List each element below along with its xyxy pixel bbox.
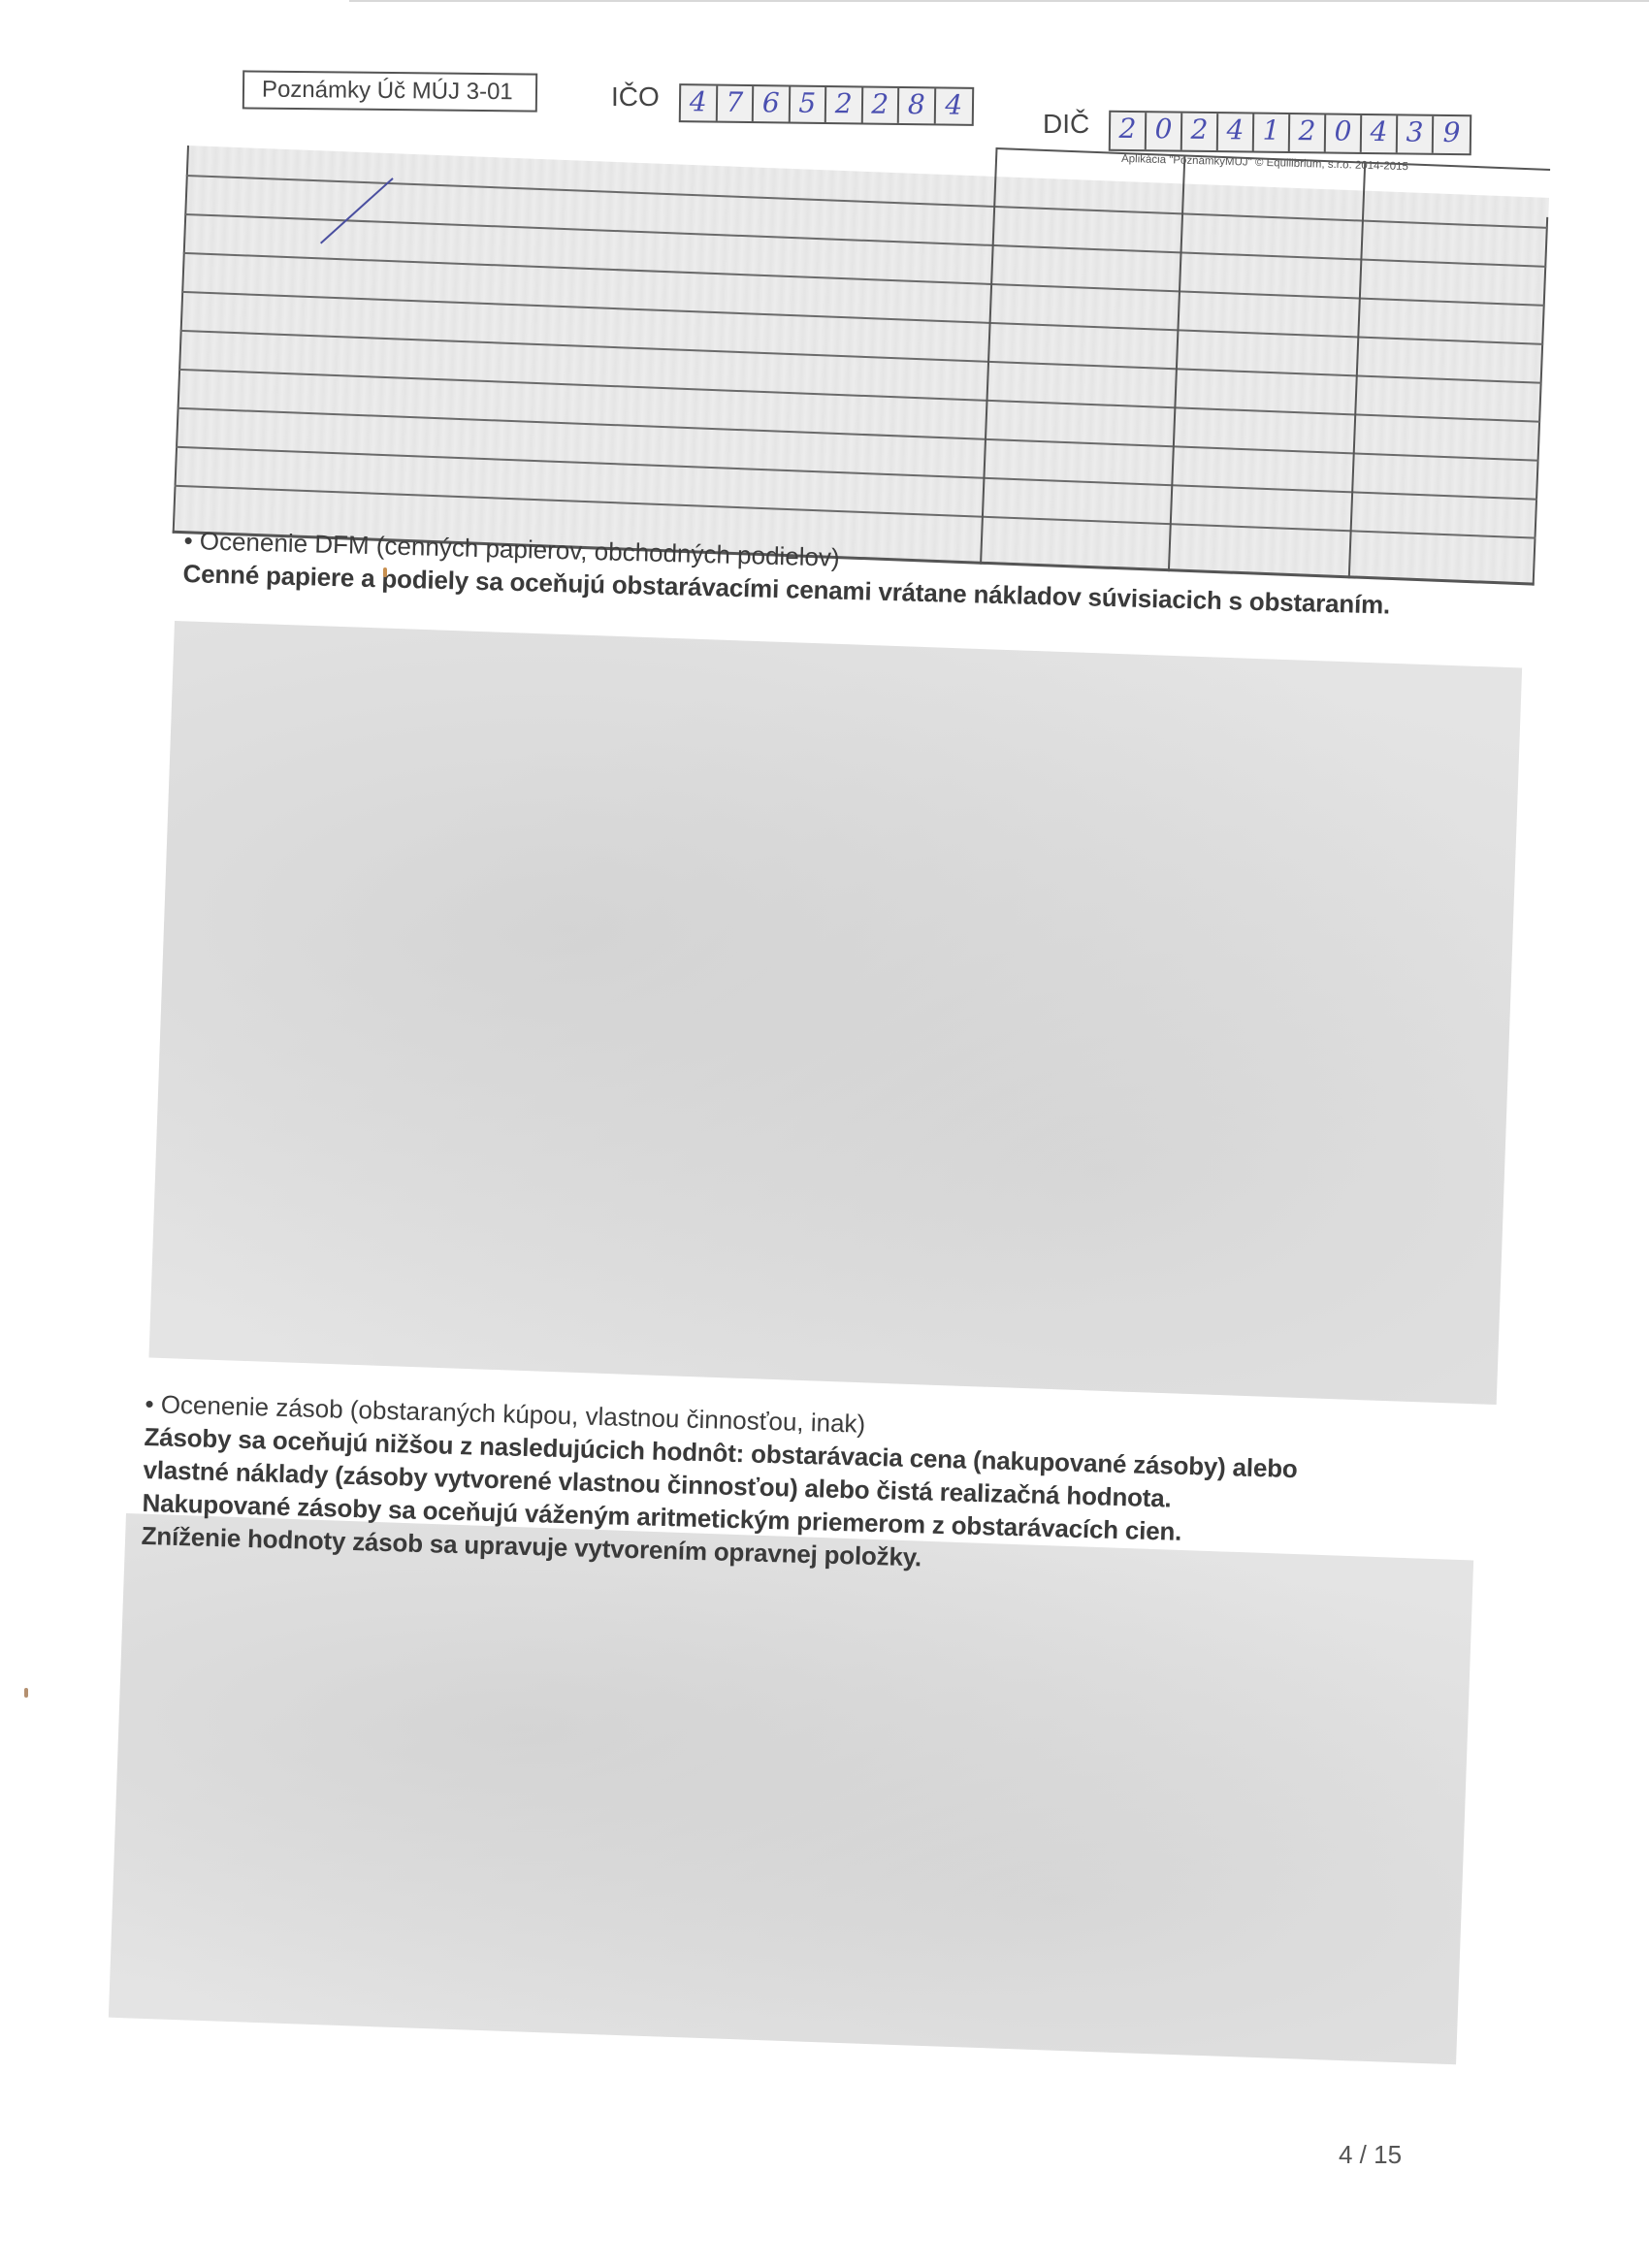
dic-label: DIČ xyxy=(1043,109,1089,140)
dic-digit-boxes: 2 0 2 4 1 2 0 4 3 9 xyxy=(1109,111,1471,156)
dic-digit: 0 xyxy=(1147,113,1182,149)
dic-digit: 1 xyxy=(1254,114,1290,151)
ico-digit: 8 xyxy=(899,88,936,123)
scan-speck xyxy=(24,1688,28,1698)
table-column-line xyxy=(1348,162,1367,579)
dic-digit: 2 xyxy=(1182,113,1218,150)
scan-edge xyxy=(349,0,1649,2)
form-label: Poznámky Úč MÚJ 3-01 xyxy=(262,77,513,106)
empty-notes-table xyxy=(173,146,1549,586)
scan-speck xyxy=(383,567,387,577)
ico-label: IČO xyxy=(611,81,660,113)
table-border xyxy=(1533,217,1549,586)
ico-digit: 6 xyxy=(754,86,791,121)
table-column-line xyxy=(1168,154,1186,571)
dic-digit: 9 xyxy=(1434,116,1470,153)
ico-digit: 7 xyxy=(717,86,754,121)
dic-digit: 3 xyxy=(1398,115,1434,152)
page-number: 4 / 15 xyxy=(1339,2140,1402,2170)
dic-digit: 0 xyxy=(1326,114,1362,151)
table-border xyxy=(173,146,189,534)
ico-digit: 2 xyxy=(826,87,863,122)
section-inventory-valuation: • Ocenenie zásob (obstaraných kúpou, vla… xyxy=(141,1387,1299,1584)
ico-digit: 4 xyxy=(681,85,718,120)
ico-digit: 4 xyxy=(935,88,972,123)
dic-digit: 2 xyxy=(1290,114,1326,151)
ico-digit-boxes: 4 7 6 5 2 2 8 4 xyxy=(679,83,974,126)
scanned-page: Poznámky Úč MÚJ 3-01 IČO 4 7 6 5 2 2 8 4… xyxy=(0,0,1649,2268)
blank-shaded-area xyxy=(148,621,1522,1405)
dic-digit: 4 xyxy=(1362,115,1398,152)
table-column-line xyxy=(980,147,998,565)
form-label-box: Poznámky Úč MÚJ 3-01 xyxy=(242,70,537,112)
ico-digit: 5 xyxy=(790,87,826,122)
dic-digit: 2 xyxy=(1111,113,1147,149)
dic-digit: 4 xyxy=(1218,113,1254,150)
blank-shaded-area xyxy=(109,1513,1473,2064)
ico-digit: 2 xyxy=(862,87,899,122)
